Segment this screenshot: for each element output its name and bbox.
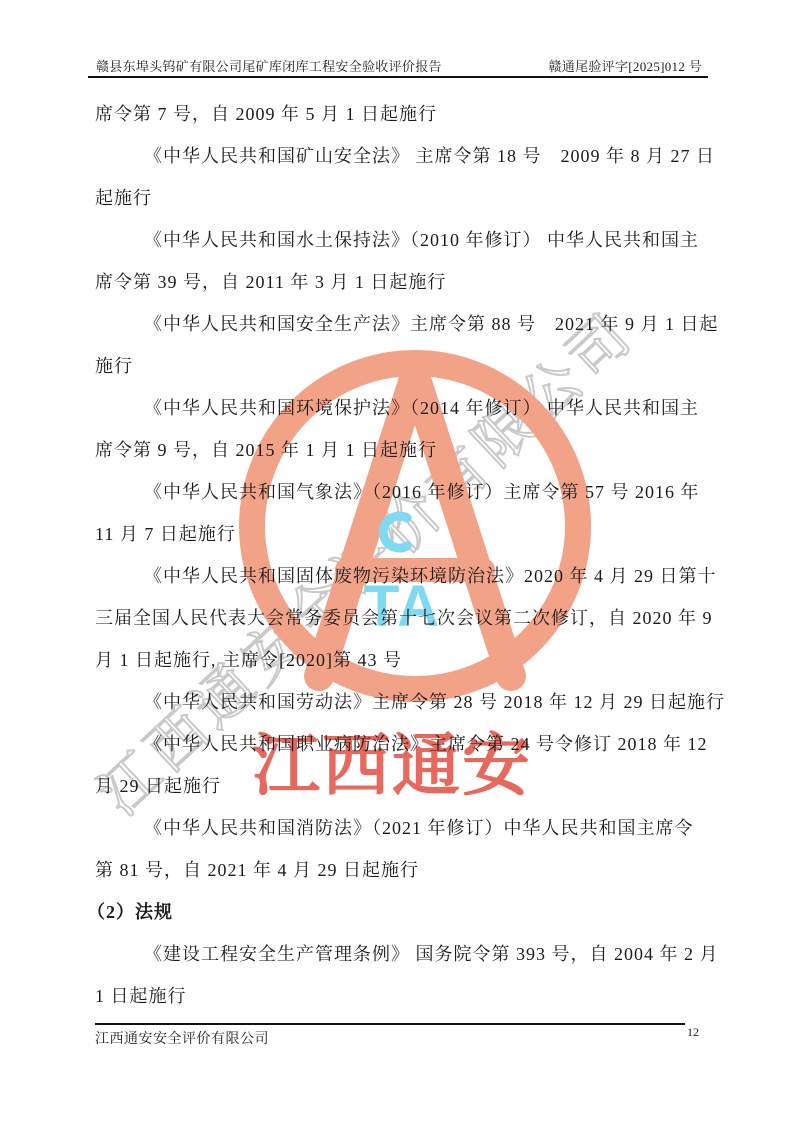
body-line: 席令第 9 号，自 2015 年 1 月 1 日起施行 xyxy=(95,429,717,471)
body-line: 起施行 xyxy=(95,177,717,219)
body-line: 《中华人民共和国气象法》（2016 年修订）主席令第 57 号 2016 年 xyxy=(95,471,717,513)
body-line: 月 29 日起施行 xyxy=(95,765,717,807)
report-page: { "header": { "left_title": "赣县东埠头钨矿有限公司… xyxy=(0,0,793,1122)
body-line: 《中华人民共和国环境保护法》（2014 年修订） 中华人民共和国主 xyxy=(95,387,717,429)
header-report-title: 赣县东埠头钨矿有限公司尾矿库闭库工程安全验收评价报告 xyxy=(96,56,442,75)
body-line: 三届全国人民代表大会常务委员会第十七次会议第二次修订，自 2020 年 9 xyxy=(95,597,717,639)
body-text: 席令第 7 号，自 2009 年 5 月 1 日起施行《中华人民共和国矿山安全法… xyxy=(95,93,717,1017)
body-line: 《中华人民共和国水土保持法》（2010 年修订） 中华人民共和国主 xyxy=(95,219,717,261)
footer-company-name: 江西通安安全评价有限公司 xyxy=(95,1028,269,1048)
body-line: （2）法规 xyxy=(87,891,717,933)
body-line: 11 月 7 日起施行 xyxy=(95,513,717,555)
page-number: 12 xyxy=(687,1025,699,1040)
body-line: 《中华人民共和国安全生产法》主席令第 88 号 2021 年 9 月 1 日起 xyxy=(95,303,717,345)
body-line: 《中华人民共和国劳动法》主席令第 28 号 2018 年 12 月 29 日起施… xyxy=(95,681,717,723)
body-line: 席令第 7 号，自 2009 年 5 月 1 日起施行 xyxy=(95,93,717,135)
header-doc-number: 赣通尾验评字[2025]012 号 xyxy=(520,56,702,75)
body-line: 《中华人民共和国矿山安全法》 主席令第 18 号 2009 年 8 月 27 日 xyxy=(95,135,717,177)
body-line: 《建设工程安全生产管理条例》 国务院令第 393 号，自 2004 年 2 月 xyxy=(95,933,717,975)
body-line: 《中华人民共和国职业病防治法》主席令第 24 号令修订 2018 年 12 xyxy=(95,723,717,765)
body-line: 月 1 日起施行, 主席令[2020]第 43 号 xyxy=(95,639,717,681)
body-line: 席令第 39 号，自 2011 年 3 月 1 日起施行 xyxy=(95,261,717,303)
body-line: 第 81 号，自 2021 年 4 月 29 日起施行 xyxy=(95,849,717,891)
body-line: 1 日起施行 xyxy=(95,975,717,1017)
body-line: 《中华人民共和国消防法》（2021 年修订）中华人民共和国主席令 xyxy=(95,807,717,849)
body-line: 《中华人民共和国固体废物污染环境防治法》2020 年 4 月 29 日第十 xyxy=(95,555,717,597)
header-rule xyxy=(88,76,708,78)
body-line: 施行 xyxy=(95,345,717,387)
footer-rule xyxy=(95,1023,685,1025)
